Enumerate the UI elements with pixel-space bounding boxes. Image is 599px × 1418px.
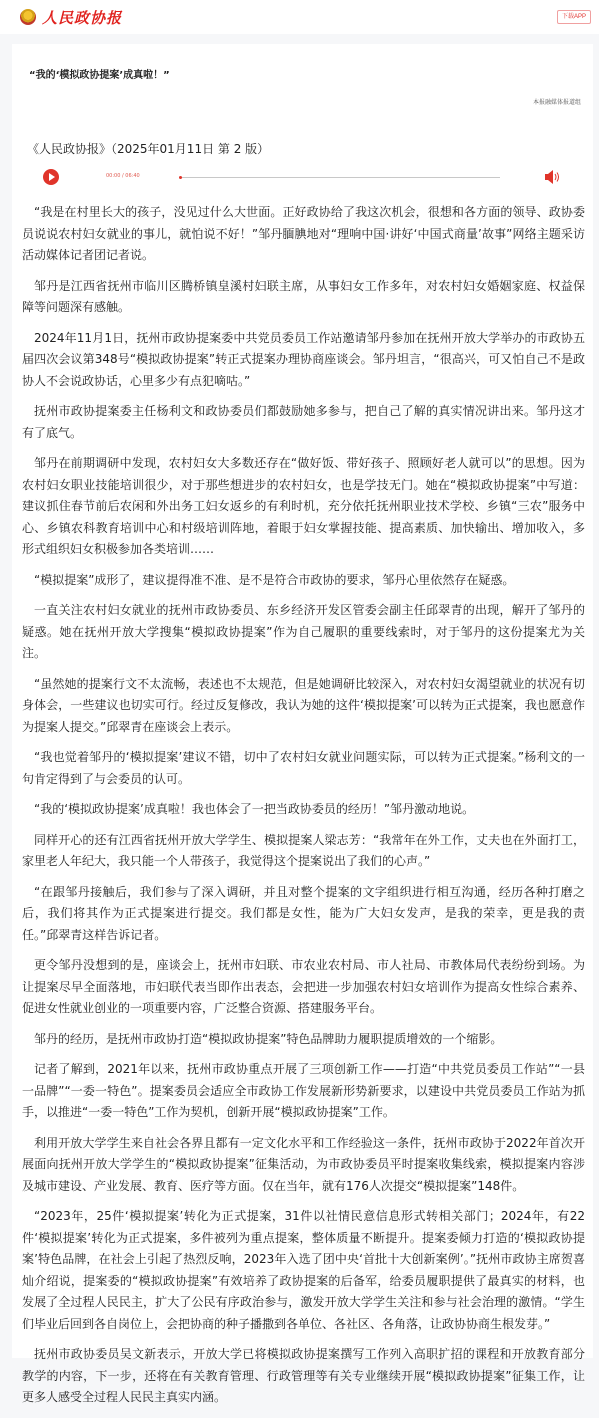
progress-knob[interactable]: [179, 176, 182, 179]
article-paragraph: 邹丹的经历，是抚州市政协打造“模拟政协提案”特色品牌助力履职提质增效的一个缩影。: [22, 1029, 585, 1051]
play-icon[interactable]: [43, 169, 59, 185]
article-paragraph: 同样开心的还有江西省抚州开放大学学生、模拟提案人梁志芳：“我常年在外工作，丈夫也…: [22, 830, 585, 873]
cppcc-emblem-icon: [20, 9, 36, 25]
article-paragraph: 记者了解到，2021年以来，抚州市政协重点开展了三项创新工作——打造“中共党员委…: [22, 1059, 585, 1124]
article-paragraph: 抚州市政协委员吴文新表示，开放大学已将模拟政协提案撰写工作列入高职扩招的课程和开…: [22, 1344, 585, 1392]
article-source-line: 《人民政协报》（2025年01月11日 第 2 版）: [27, 140, 269, 157]
audio-time-display: 00:00 / 06:40: [106, 173, 140, 179]
audio-player: 00:00 / 06:40: [12, 166, 593, 188]
article-paragraph: “在跟邹丹接触后，我们参与了深入调研，并且对整个提案的文字组织进行相互沟通，经历…: [22, 882, 585, 947]
article-paragraph: “模拟提案”成形了，建议提得准不准、是不是符合市政协的要求，邹丹心里依然存在疑惑…: [22, 570, 585, 592]
article-body: “我是在村里长大的孩子，没见过什么大世面。正好政协给了我这次机会，很想和各方面的…: [22, 202, 585, 1392]
article-paragraph: 更令邹丹没想到的是，座谈会上，抚州市妇联、市农业农村局、市人社局、市教体局代表纷…: [22, 955, 585, 1020]
article-paragraph: 2024年11月1日，抚州市政协提案委中共党员委员工作站邀请邹丹参加在抚州开放大…: [22, 328, 585, 393]
brand-name: 人民政协报: [42, 7, 122, 28]
download-app-button[interactable]: 下载APP: [557, 10, 591, 24]
article-card: “我的‘模拟政协提案’成真啦！” 本报融媒体报道组 《人民政协报》（2025年0…: [12, 44, 593, 1358]
top-bar: 人民政协报 下载APP: [0, 0, 599, 34]
article-title: “我的‘模拟政协提案’成真啦！”: [29, 66, 170, 81]
brand-logo[interactable]: 人民政协报: [20, 7, 122, 28]
article-paragraph: 邹丹是江西省抚州市临川区腾桥镇皇溪村妇联主席，从事妇女工作多年，对农村妇女婚姻家…: [22, 276, 585, 319]
audio-progress-slider[interactable]: [180, 177, 500, 178]
volume-icon[interactable]: [543, 169, 561, 185]
article-paragraph: “我也觉着邹丹的‘模拟提案’建议不错，切中了农村妇女就业问题实际，可以转为正式提…: [22, 747, 585, 790]
article-paragraph: “虽然她的提案行文不太流畅，表述也不太规范，但是她调研比较深入，对农村妇女渴望就…: [22, 674, 585, 739]
article-paragraph: “2023年，25件‘模拟提案’转化为正式提案，31件以社情民意信息形式转相关部…: [22, 1206, 585, 1335]
article-paragraph: “我的‘模拟政协提案’成真啦！我也体会了一把当政协委员的经历！”邹丹激动地说。: [22, 799, 585, 821]
article-paragraph: “我是在村里长大的孩子，没见过什么大世面。正好政协给了我这次机会，很想和各方面的…: [22, 202, 585, 267]
article-paragraph: 一直关注农村妇女就业的抚州市政协委员、东乡经济开发区管委会副主任邱翠青的出现，解…: [22, 600, 585, 665]
article-paragraph: 抚州市政协提案委主任杨利文和政协委员们都鼓励她多参与，把自己了解的真实情况讲出来…: [22, 401, 585, 444]
article-byline: 本报融媒体报道组: [533, 97, 581, 106]
article-paragraph: 利用开放大学学生来自社会各界且都有一定文化水平和工作经验这一条件，抚州市政协于2…: [22, 1133, 585, 1198]
article-paragraph: 邹丹在前期调研中发现，农村妇女大多数还存在“做好饭、带好孩子、照顾好老人就可以”…: [22, 453, 585, 561]
